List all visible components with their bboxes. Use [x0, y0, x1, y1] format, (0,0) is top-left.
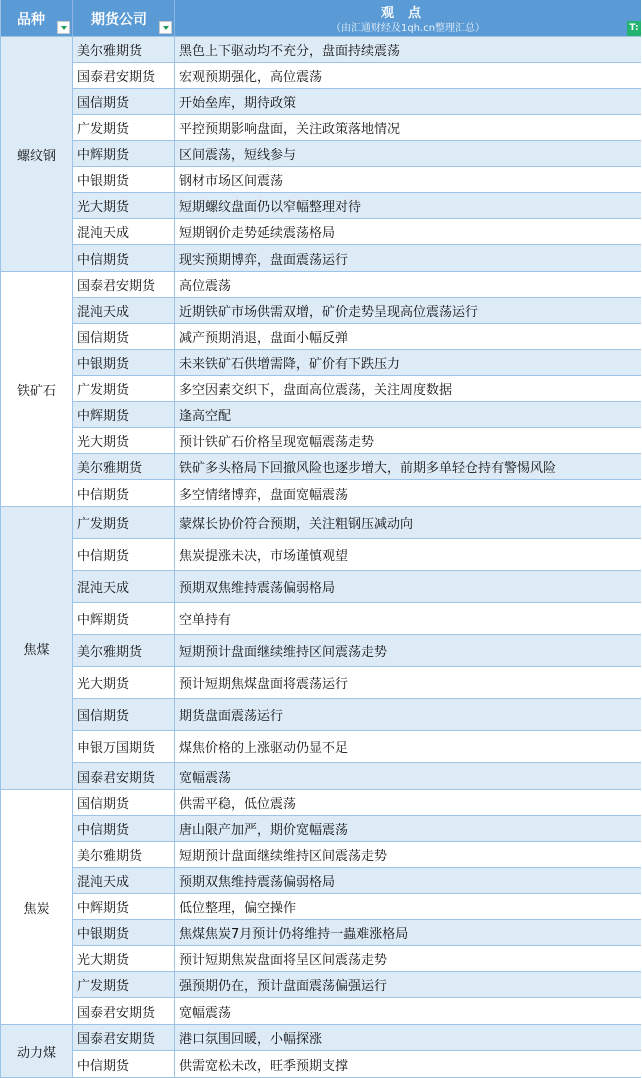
view-cell: 预计短期焦煤盘面将震荡运行 — [175, 667, 641, 698]
view-cell: 黑色上下驱动均不充分，盘面持续震荡 — [175, 37, 641, 62]
view-cell: 区间震荡，短线参与 — [175, 141, 641, 166]
table-row: 国信期货供需平稳，低位震荡 — [73, 790, 641, 816]
header-company-label: 期货公司 — [91, 9, 147, 29]
company-cell: 中辉期货 — [73, 141, 175, 166]
view-cell: 短期螺纹盘面仍以窄幅整理对待 — [175, 193, 641, 218]
category-group: 动力煤国泰君安期货港口氛围回暖，小幅探涨中信期货供需宽松未改，旺季预期支撑 — [1, 1025, 641, 1068]
view-cell: 多空情绪博弈，盘面宽幅震荡 — [175, 480, 641, 506]
view-cell: 预计铁矿石价格呈现宽幅震荡走势 — [175, 428, 641, 453]
table-row: 中银期货未来铁矿石供增需降，矿价有下跌压力 — [73, 350, 641, 376]
table-row: 光大期货预计短期焦煤盘面将震荡运行 — [73, 667, 641, 699]
header-company: 期货公司 — [73, 0, 175, 36]
view-cell: 供需平稳，低位震荡 — [175, 790, 641, 815]
company-cell: 国泰君安期货 — [73, 998, 175, 1024]
table-row: 美尔雅期货黑色上下驱动均不充分，盘面持续震荡 — [73, 37, 641, 63]
table-row: 国泰君安期货高位震荡 — [73, 272, 641, 298]
view-cell: 未来铁矿石供增需降，矿价有下跌压力 — [175, 350, 641, 375]
table-row: 中信期货现实预期博弈，盘面震荡运行 — [73, 245, 641, 271]
company-cell: 混沌天成 — [73, 219, 175, 244]
table-row: 中信期货供需宽松未改，旺季预期支撑 — [73, 1051, 641, 1068]
table-row: 混沌天成短期钢价走势延续震荡格局 — [73, 219, 641, 245]
category-group: 螺纹钢美尔雅期货黑色上下驱动均不充分，盘面持续震荡国泰君安期货宏观预期强化，高位… — [1, 37, 641, 272]
table-row: 混沌天成预期双焦维持震荡偏弱格局 — [73, 571, 641, 603]
view-cell: 预期双焦维持震荡偏弱格局 — [175, 571, 641, 602]
table-row: 广发期货强预期仍在，预计盘面震荡偏强运行 — [73, 972, 641, 998]
filter-icon[interactable]: T: — [627, 21, 641, 36]
view-cell: 高位震荡 — [175, 272, 641, 297]
company-cell: 国信期货 — [73, 324, 175, 349]
table-row: 光大期货短期螺纹盘面仍以窄幅整理对待 — [73, 193, 641, 219]
company-cell: 美尔雅期货 — [73, 37, 175, 62]
category-label: 焦炭 — [23, 898, 49, 917]
company-cell: 国泰君安期货 — [73, 763, 175, 789]
table-row: 光大期货预计铁矿石价格呈现宽幅震荡走势 — [73, 428, 641, 454]
category-label: 动力煤 — [17, 1042, 56, 1061]
table-row: 中信期货唐山限产加严，期价宽幅震荡 — [73, 816, 641, 842]
company-cell: 广发期货 — [73, 972, 175, 997]
view-cell: 短期预计盘面继续维持区间震荡走势 — [175, 842, 641, 867]
category-cell: 焦煤 — [1, 507, 73, 789]
table-header: 品种 期货公司 观点 （由汇通财经及1qh.cn整理汇总） T: — [1, 0, 641, 37]
table-row: 中银期货钢材市场区间震荡 — [73, 167, 641, 193]
view-cell: 宽幅震荡 — [175, 763, 641, 789]
view-cell: 逢高空配 — [175, 402, 641, 427]
company-cell: 国泰君安期货 — [73, 272, 175, 297]
company-cell: 混沌天成 — [73, 298, 175, 323]
category-label: 螺纹钢 — [17, 145, 56, 164]
company-cell: 国信期货 — [73, 89, 175, 114]
company-cell: 中信期货 — [73, 816, 175, 841]
header-view: 观点 （由汇通财经及1qh.cn整理汇总） T: — [175, 0, 641, 36]
table-row: 中信期货焦炭提涨未决，市场谨慎观望 — [73, 539, 641, 571]
view-cell: 现实预期博弈，盘面震荡运行 — [175, 245, 641, 271]
table-row: 中银期货焦煤焦炭7月预计仍将维持一蟲难涨格局 — [73, 920, 641, 946]
category-cell: 铁矿石 — [1, 272, 73, 506]
view-cell: 唐山限产加严，期价宽幅震荡 — [175, 816, 641, 841]
table-row: 国信期货开始垒库，期待政策 — [73, 89, 641, 115]
company-cell: 美尔雅期货 — [73, 635, 175, 666]
table-row: 国泰君安期货宏观预期强化，高位震荡 — [73, 63, 641, 89]
view-cell: 近期铁矿市场供需双增，矿价走势呈现高位震荡运行 — [175, 298, 641, 323]
header-view-subtitle: （由汇通财经及1qh.cn整理汇总） — [175, 19, 641, 34]
table-row: 国泰君安期货宽幅震荡 — [73, 763, 641, 789]
category-cell: 焦炭 — [1, 790, 73, 1024]
company-cell: 中银期货 — [73, 350, 175, 375]
company-cell: 广发期货 — [73, 507, 175, 538]
view-cell: 开始垒库，期待政策 — [175, 89, 641, 114]
company-cell: 光大期货 — [73, 667, 175, 698]
company-cell: 中信期货 — [73, 539, 175, 570]
company-cell: 中信期货 — [73, 245, 175, 271]
company-cell: 中辉期货 — [73, 402, 175, 427]
view-cell: 供需宽松未改，旺季预期支撑 — [175, 1051, 641, 1068]
dropdown-arrow-icon[interactable] — [57, 21, 70, 34]
table-row: 国信期货期货盘面震荡运行 — [73, 699, 641, 731]
table-row: 国泰君安期货宽幅震荡 — [73, 998, 641, 1024]
table-row: 申银万国期货煤焦价格的上涨驱动仍显不足 — [73, 731, 641, 763]
view-cell: 宏观预期强化，高位震荡 — [175, 63, 641, 88]
table-row: 中辉期货低位整理，偏空操作 — [73, 894, 641, 920]
category-cell: 动力煤 — [1, 1025, 73, 1068]
view-cell: 短期预计盘面继续维持区间震荡走势 — [175, 635, 641, 666]
category-group: 焦煤广发期货蒙煤长协价符合预期，关注粗钢压减动向中信期货焦炭提涨未决，市场谨慎观… — [1, 507, 641, 790]
table-row: 国信期货减产预期消退，盘面小幅反弹 — [73, 324, 641, 350]
view-cell: 强预期仍在，预计盘面震荡偏强运行 — [175, 972, 641, 997]
company-cell: 广发期货 — [73, 376, 175, 401]
company-cell: 光大期货 — [73, 193, 175, 218]
company-cell: 中银期货 — [73, 920, 175, 945]
table-body: 螺纹钢美尔雅期货黑色上下驱动均不充分，盘面持续震荡国泰君安期货宏观预期强化，高位… — [1, 37, 641, 1068]
view-cell: 多空因素交织下，盘面高位震荡，关注周度数据 — [175, 376, 641, 401]
view-cell: 短期钢价走势延续震荡格局 — [175, 219, 641, 244]
table-row: 光大期货预计短期焦炭盘面将呈区间震荡走势 — [73, 946, 641, 972]
category-group: 焦炭国信期货供需平稳，低位震荡中信期货唐山限产加严，期价宽幅震荡美尔雅期货短期预… — [1, 790, 641, 1025]
company-cell: 中辉期货 — [73, 894, 175, 919]
table-row: 美尔雅期货短期预计盘面继续维持区间震荡走势 — [73, 842, 641, 868]
table-row: 混沌天成近期铁矿市场供需双增，矿价走势呈现高位震荡运行 — [73, 298, 641, 324]
table-row: 中辉期货逢高空配 — [73, 402, 641, 428]
company-cell: 申银万国期货 — [73, 731, 175, 762]
category-group: 铁矿石国泰君安期货高位震荡混沌天成近期铁矿市场供需双增，矿价走势呈现高位震荡运行… — [1, 272, 641, 507]
view-cell: 宽幅震荡 — [175, 998, 641, 1024]
company-cell: 美尔雅期货 — [73, 454, 175, 479]
company-cell: 中信期货 — [73, 1051, 175, 1068]
table-row: 广发期货多空因素交织下，盘面高位震荡，关注周度数据 — [73, 376, 641, 402]
header-category-label: 品种 — [17, 9, 45, 29]
table-row: 中辉期货空单持有 — [73, 603, 641, 635]
company-cell: 国信期货 — [73, 699, 175, 730]
company-cell: 中银期货 — [73, 167, 175, 192]
view-cell: 港口氛围回暖，小幅探涨 — [175, 1025, 641, 1050]
company-cell: 国泰君安期货 — [73, 1025, 175, 1050]
view-cell: 蒙煤长协价符合预期，关注粗钢压减动向 — [175, 507, 641, 538]
company-cell: 光大期货 — [73, 428, 175, 453]
table-row: 广发期货蒙煤长协价符合预期，关注粗钢压减动向 — [73, 507, 641, 539]
view-cell: 铁矿多头格局下回撤风险也逐步增大，前期多单轻仓持有警惕风险 — [175, 454, 641, 479]
view-cell: 钢材市场区间震荡 — [175, 167, 641, 192]
table-row: 中辉期货区间震荡，短线参与 — [73, 141, 641, 167]
view-cell: 低位整理，偏空操作 — [175, 894, 641, 919]
view-cell: 预计短期焦炭盘面将呈区间震荡走势 — [175, 946, 641, 971]
view-cell: 期货盘面震荡运行 — [175, 699, 641, 730]
company-cell: 广发期货 — [73, 115, 175, 140]
table-row: 广发期货平控预期影响盘面，关注政策落地情况 — [73, 115, 641, 141]
category-label: 铁矿石 — [17, 380, 56, 399]
category-label: 焦煤 — [23, 639, 49, 658]
company-cell: 中辉期货 — [73, 603, 175, 634]
category-cell: 螺纹钢 — [1, 37, 73, 271]
dropdown-arrow-icon[interactable] — [159, 21, 172, 34]
view-cell: 空单持有 — [175, 603, 641, 634]
header-category: 品种 — [1, 0, 73, 36]
company-cell: 中信期货 — [73, 480, 175, 506]
company-cell: 混沌天成 — [73, 571, 175, 602]
company-cell: 光大期货 — [73, 946, 175, 971]
view-cell: 减产预期消退，盘面小幅反弹 — [175, 324, 641, 349]
view-cell: 煤焦价格的上涨驱动仍显不足 — [175, 731, 641, 762]
table-row: 中信期货多空情绪博弈，盘面宽幅震荡 — [73, 480, 641, 506]
company-cell: 混沌天成 — [73, 868, 175, 893]
view-cell: 预期双焦维持震荡偏弱格局 — [175, 868, 641, 893]
company-cell: 国泰君安期货 — [73, 63, 175, 88]
view-cell: 平控预期影响盘面，关注政策落地情况 — [175, 115, 641, 140]
table-row: 美尔雅期货短期预计盘面继续维持区间震荡走势 — [73, 635, 641, 667]
company-cell: 美尔雅期货 — [73, 842, 175, 867]
futures-views-table: 品种 期货公司 观点 （由汇通财经及1qh.cn整理汇总） T: 螺纹钢美尔雅期… — [0, 0, 641, 1068]
table-row: 混沌天成预期双焦维持震荡偏弱格局 — [73, 868, 641, 894]
table-row: 美尔雅期货铁矿多头格局下回撤风险也逐步增大，前期多单轻仓持有警惕风险 — [73, 454, 641, 480]
company-cell: 国信期货 — [73, 790, 175, 815]
view-cell: 焦炭提涨未决，市场谨慎观望 — [175, 539, 641, 570]
view-cell: 焦煤焦炭7月预计仍将维持一蟲难涨格局 — [175, 920, 641, 945]
table-row: 国泰君安期货港口氛围回暖，小幅探涨 — [73, 1025, 641, 1051]
